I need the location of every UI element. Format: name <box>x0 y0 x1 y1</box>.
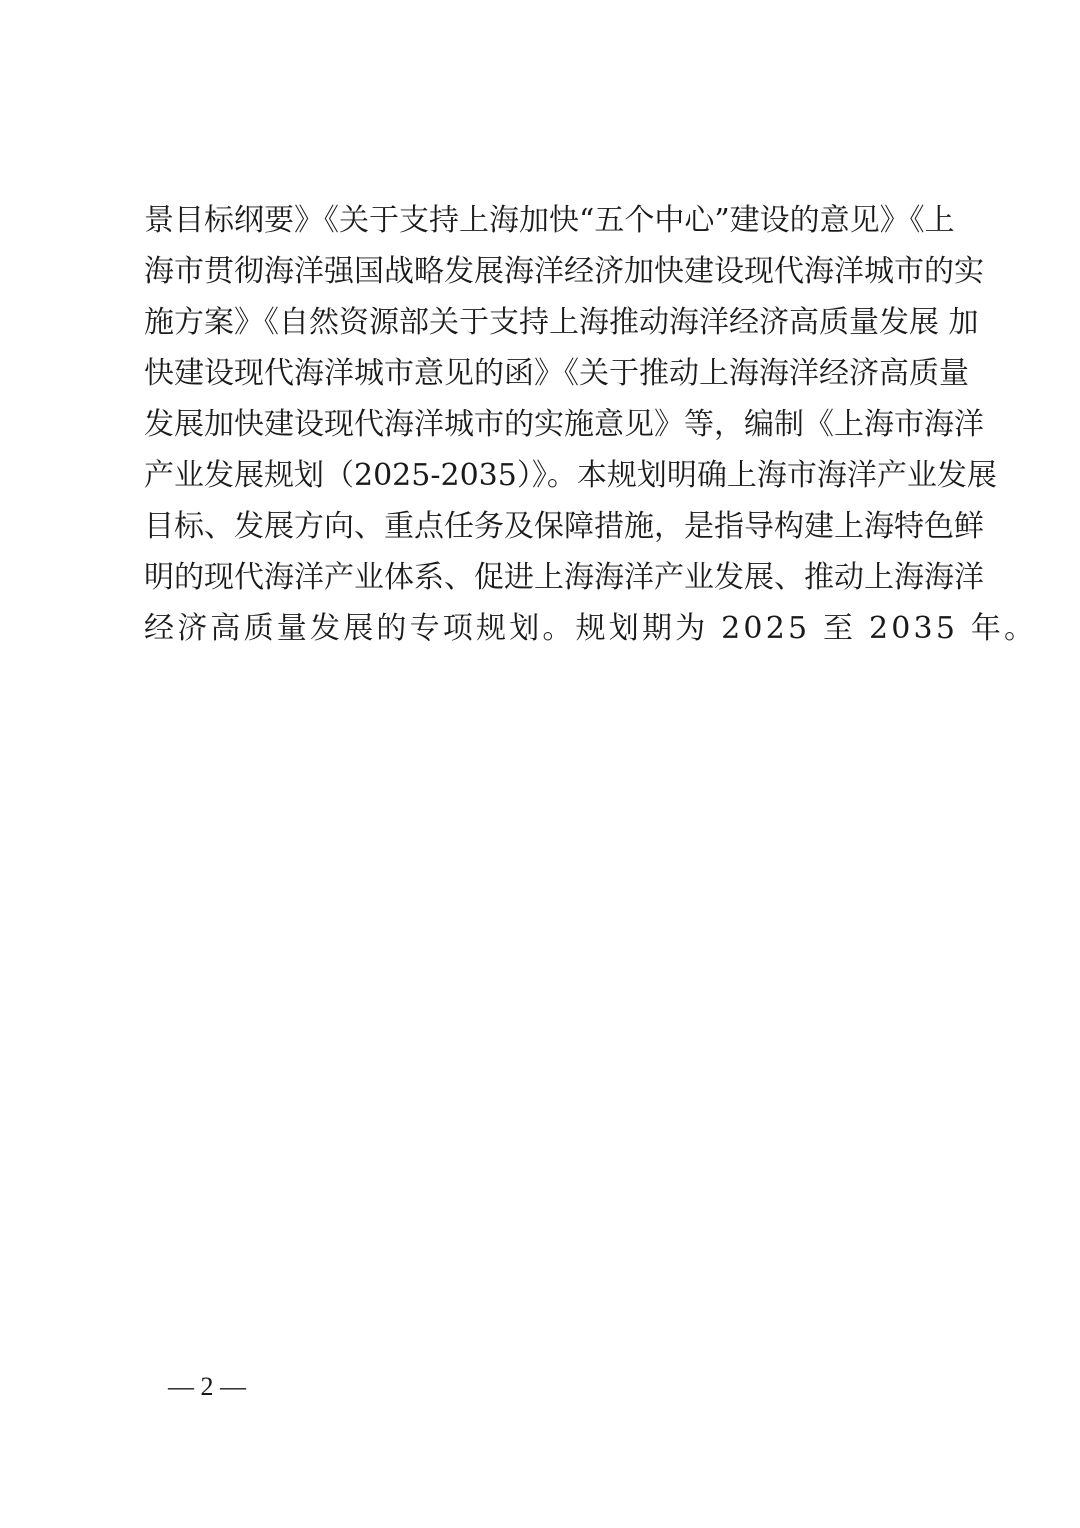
document-page: 景目标纲要》《关于支持上海加快“五个中心”建设的意见》《上 海市贯彻海洋强国战略… <box>0 0 1080 1528</box>
paragraph-line: 快建设现代海洋城市意见的函》《关于推动上海海洋经济高质量 <box>144 348 944 399</box>
body-paragraph: 景目标纲要》《关于支持上海加快“五个中心”建设的意见》《上 海市贯彻海洋强国战略… <box>144 195 944 654</box>
paragraph-line: 经济高质量发展的专项规划。规划期为 2025 至 2035 年。 <box>144 603 944 654</box>
paragraph-line: 目标、发展方向、重点任务及保障措施，是指导构建上海特色鲜 <box>144 501 944 552</box>
paragraph-line: 明的现代海洋产业体系、促进上海海洋产业发展、推动上海海洋 <box>144 552 944 603</box>
page-number: — 2 — <box>168 1372 246 1402</box>
paragraph-line: 海市贯彻海洋强国战略发展海洋经济加快建设现代海洋城市的实 <box>144 246 944 297</box>
paragraph-line: 发展加快建设现代海洋城市的实施意见》等，编制《上海市海洋 <box>144 399 944 450</box>
paragraph-line: 景目标纲要》《关于支持上海加快“五个中心”建设的意见》《上 <box>144 195 944 246</box>
paragraph-line: 产业发展规划（2025-2035）》。本规划明确上海市海洋产业发展 <box>144 450 944 501</box>
paragraph-line: 施方案》《自然资源部关于支持上海推动海洋经济高质量发展 加 <box>144 297 944 348</box>
